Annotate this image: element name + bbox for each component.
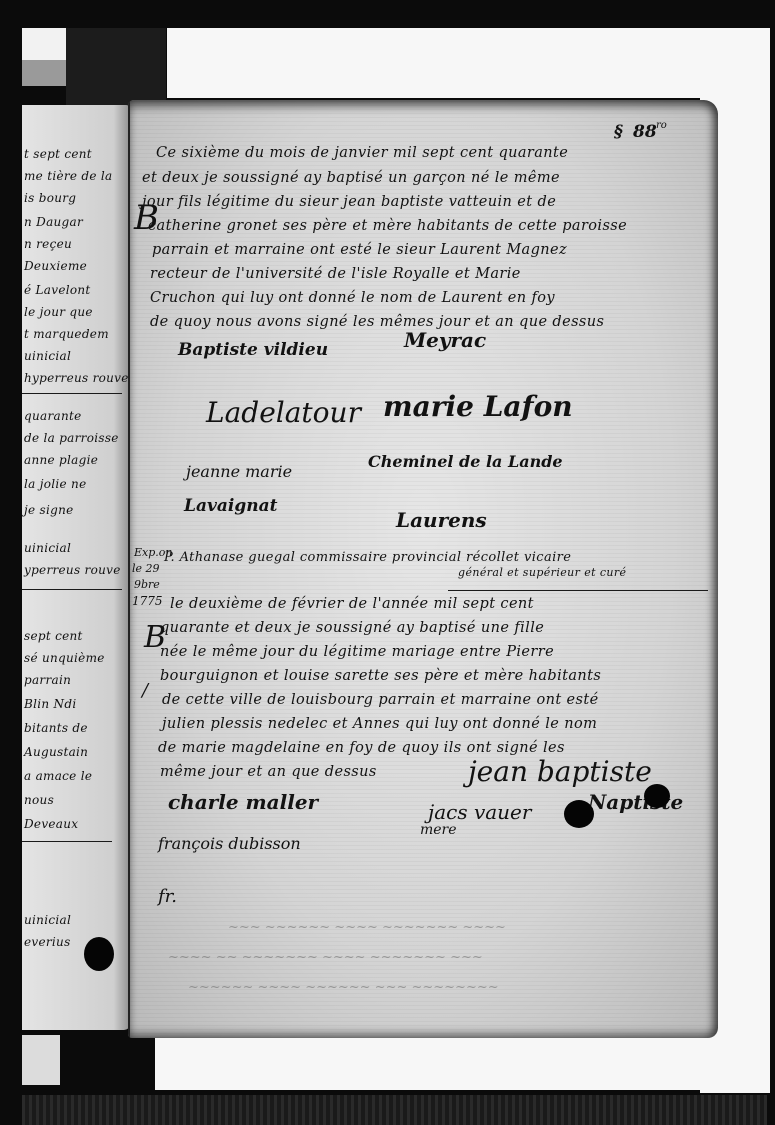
left-fragment-line: quarante [24,409,82,423]
left-fragment-line: t marquedem [24,327,109,341]
bleed-through-text: ~~~ ~~~~~~ ~~~~ ~~~~~~~ ~~~~ [228,920,506,935]
left-fragment-line: uinicial [24,541,71,555]
entry-1-line: Cruchon qui luy ont donné le nom de Laur… [150,290,555,306]
scan-tab-left-top [22,28,66,86]
left-fragment-line: anne plagie [24,453,98,467]
entry-2-line: julien plessis nedelec et Annes qui luy … [162,716,597,732]
left-fragment-line: la jolie ne [24,477,86,491]
bleed-through-text: ~~~~ ~~ ~~~~~~~ ~~~~ ~~~~~~~ ~~~ [168,950,483,965]
divider-rule [448,590,708,591]
entry-2-margin-year: 1775 [132,594,163,608]
signature: Meyrac [404,328,486,352]
entry-2-margin-note: 9bre [134,578,160,592]
left-fragment-line: hyperreus rouve [24,371,129,385]
divider-rule [22,841,112,842]
signature: charle maller [168,790,318,814]
bottom-note: fr. [158,886,177,907]
signature: Ladelatour [206,396,361,429]
left-fragment-line: is bourg [24,191,76,205]
left-fragment-line: n reçeu [24,237,72,251]
left-fragment-line: sé unquième [24,651,105,665]
ink-blot [564,800,594,828]
divider-rule [22,393,122,394]
entry-2-margin-note: le 29 [132,562,160,576]
entry-1-line: jour fils légitime du sieur jean baptist… [142,194,556,210]
folio-number: 88 [633,122,657,142]
left-fragment-line: yperreus rouve [24,563,121,577]
left-fragment-line: de la parroisse [24,431,119,445]
margin-rule [128,100,130,1038]
divider-rule [22,589,122,590]
left-fragment-line: a amace le [24,769,92,783]
entry-2-line: de cette ville de louisbourg parrain et … [162,692,599,708]
left-fragment-line: n Daugar [24,215,83,229]
left-fragment-line: Deveaux [24,817,78,831]
entry-2-line: de marie magdelaine en foy de quoy ils o… [158,740,565,756]
entry-2-line: même jour et an que dessus [160,764,377,780]
ink-blot [84,937,114,971]
entry-1-line: et deux je soussigné ay baptisé un garço… [142,170,560,186]
scan-backing-top [167,28,767,98]
correction-note: général et supérieur et curé [458,566,626,579]
left-fragment-line: le jour que [24,305,93,319]
entry-2-line: née le même jour du légitime mariage ent… [160,644,554,660]
correction-note: P. Athanase guegal commissaire provincia… [164,550,571,565]
entry-1-line: Ce sixième du mois de janvier mil sept c… [156,145,568,161]
folio-suffix: ro [656,120,667,131]
signature: jacs vauer [428,800,531,824]
entry-1-line: de quoy nous avons signé les mêmes jour … [150,314,604,330]
signature: Laurens [396,508,487,532]
signature: jean baptiste [468,755,652,788]
signature: Cheminel de la Lande [368,452,563,471]
left-fragment-line: é Lavelont [24,283,91,297]
signature: Lavaignat [184,496,277,516]
left-fragment-line: parrain [24,673,71,687]
left-fragment-line: Augustain [24,745,88,759]
entry-2-margin-mark: / [142,680,148,701]
entry-1-line: recteur de l'université de l'isle Royall… [150,266,521,282]
signature: françois dubisson [158,834,301,853]
signature: mere [420,822,457,838]
left-fragment-line: me tière de la [24,169,113,183]
left-fragment-line: t sept cent [24,147,92,161]
bleed-through-text: ~~~~~~ ~~~~ ~~~~~~ ~~~ ~~~~~~~~ [188,980,499,995]
entry-2-line: quarante et deux je soussigné ay baptisé… [160,620,544,636]
table-surface [22,1095,767,1125]
entry-1-line: parrain et marraine ont esté le sieur La… [152,242,567,258]
register-page: § 88 ro B Ce sixième du mois de janvier … [128,100,718,1038]
signature: marie Lafon [383,390,573,423]
entry-1-line: catherine gronet ses père et mère habita… [148,218,627,234]
left-fragment-line: Blin Ndi [24,697,76,711]
left-fragment-line: uinicial [24,349,71,363]
left-fragment-line: nous [24,793,54,807]
ink-blot [644,784,670,808]
left-fragment-line: everius [24,935,71,949]
binding-spine [66,28,166,108]
left-fragment-line: bitants de [24,721,88,735]
scan-tab-left-bottom [22,1035,60,1085]
left-fragment-line: Deuxieme [24,259,87,273]
signature: jeanne marie [186,462,292,481]
left-page-fragment: t sept cent me tière de la is bourg n Da… [22,105,130,1030]
entry-2-line: le deuxième de février de l'année mil se… [170,596,534,612]
signature: Baptiste vildieu [178,340,328,360]
scan-backing-bottom [155,1030,770,1090]
left-fragment-line: je signe [24,503,74,517]
folio-flourish: § [614,122,623,142]
entry-2-line: bourguignon et louise sarette ses père e… [160,668,601,684]
left-fragment-line: sept cent [24,629,83,643]
left-fragment-line: uinicial [24,913,71,927]
